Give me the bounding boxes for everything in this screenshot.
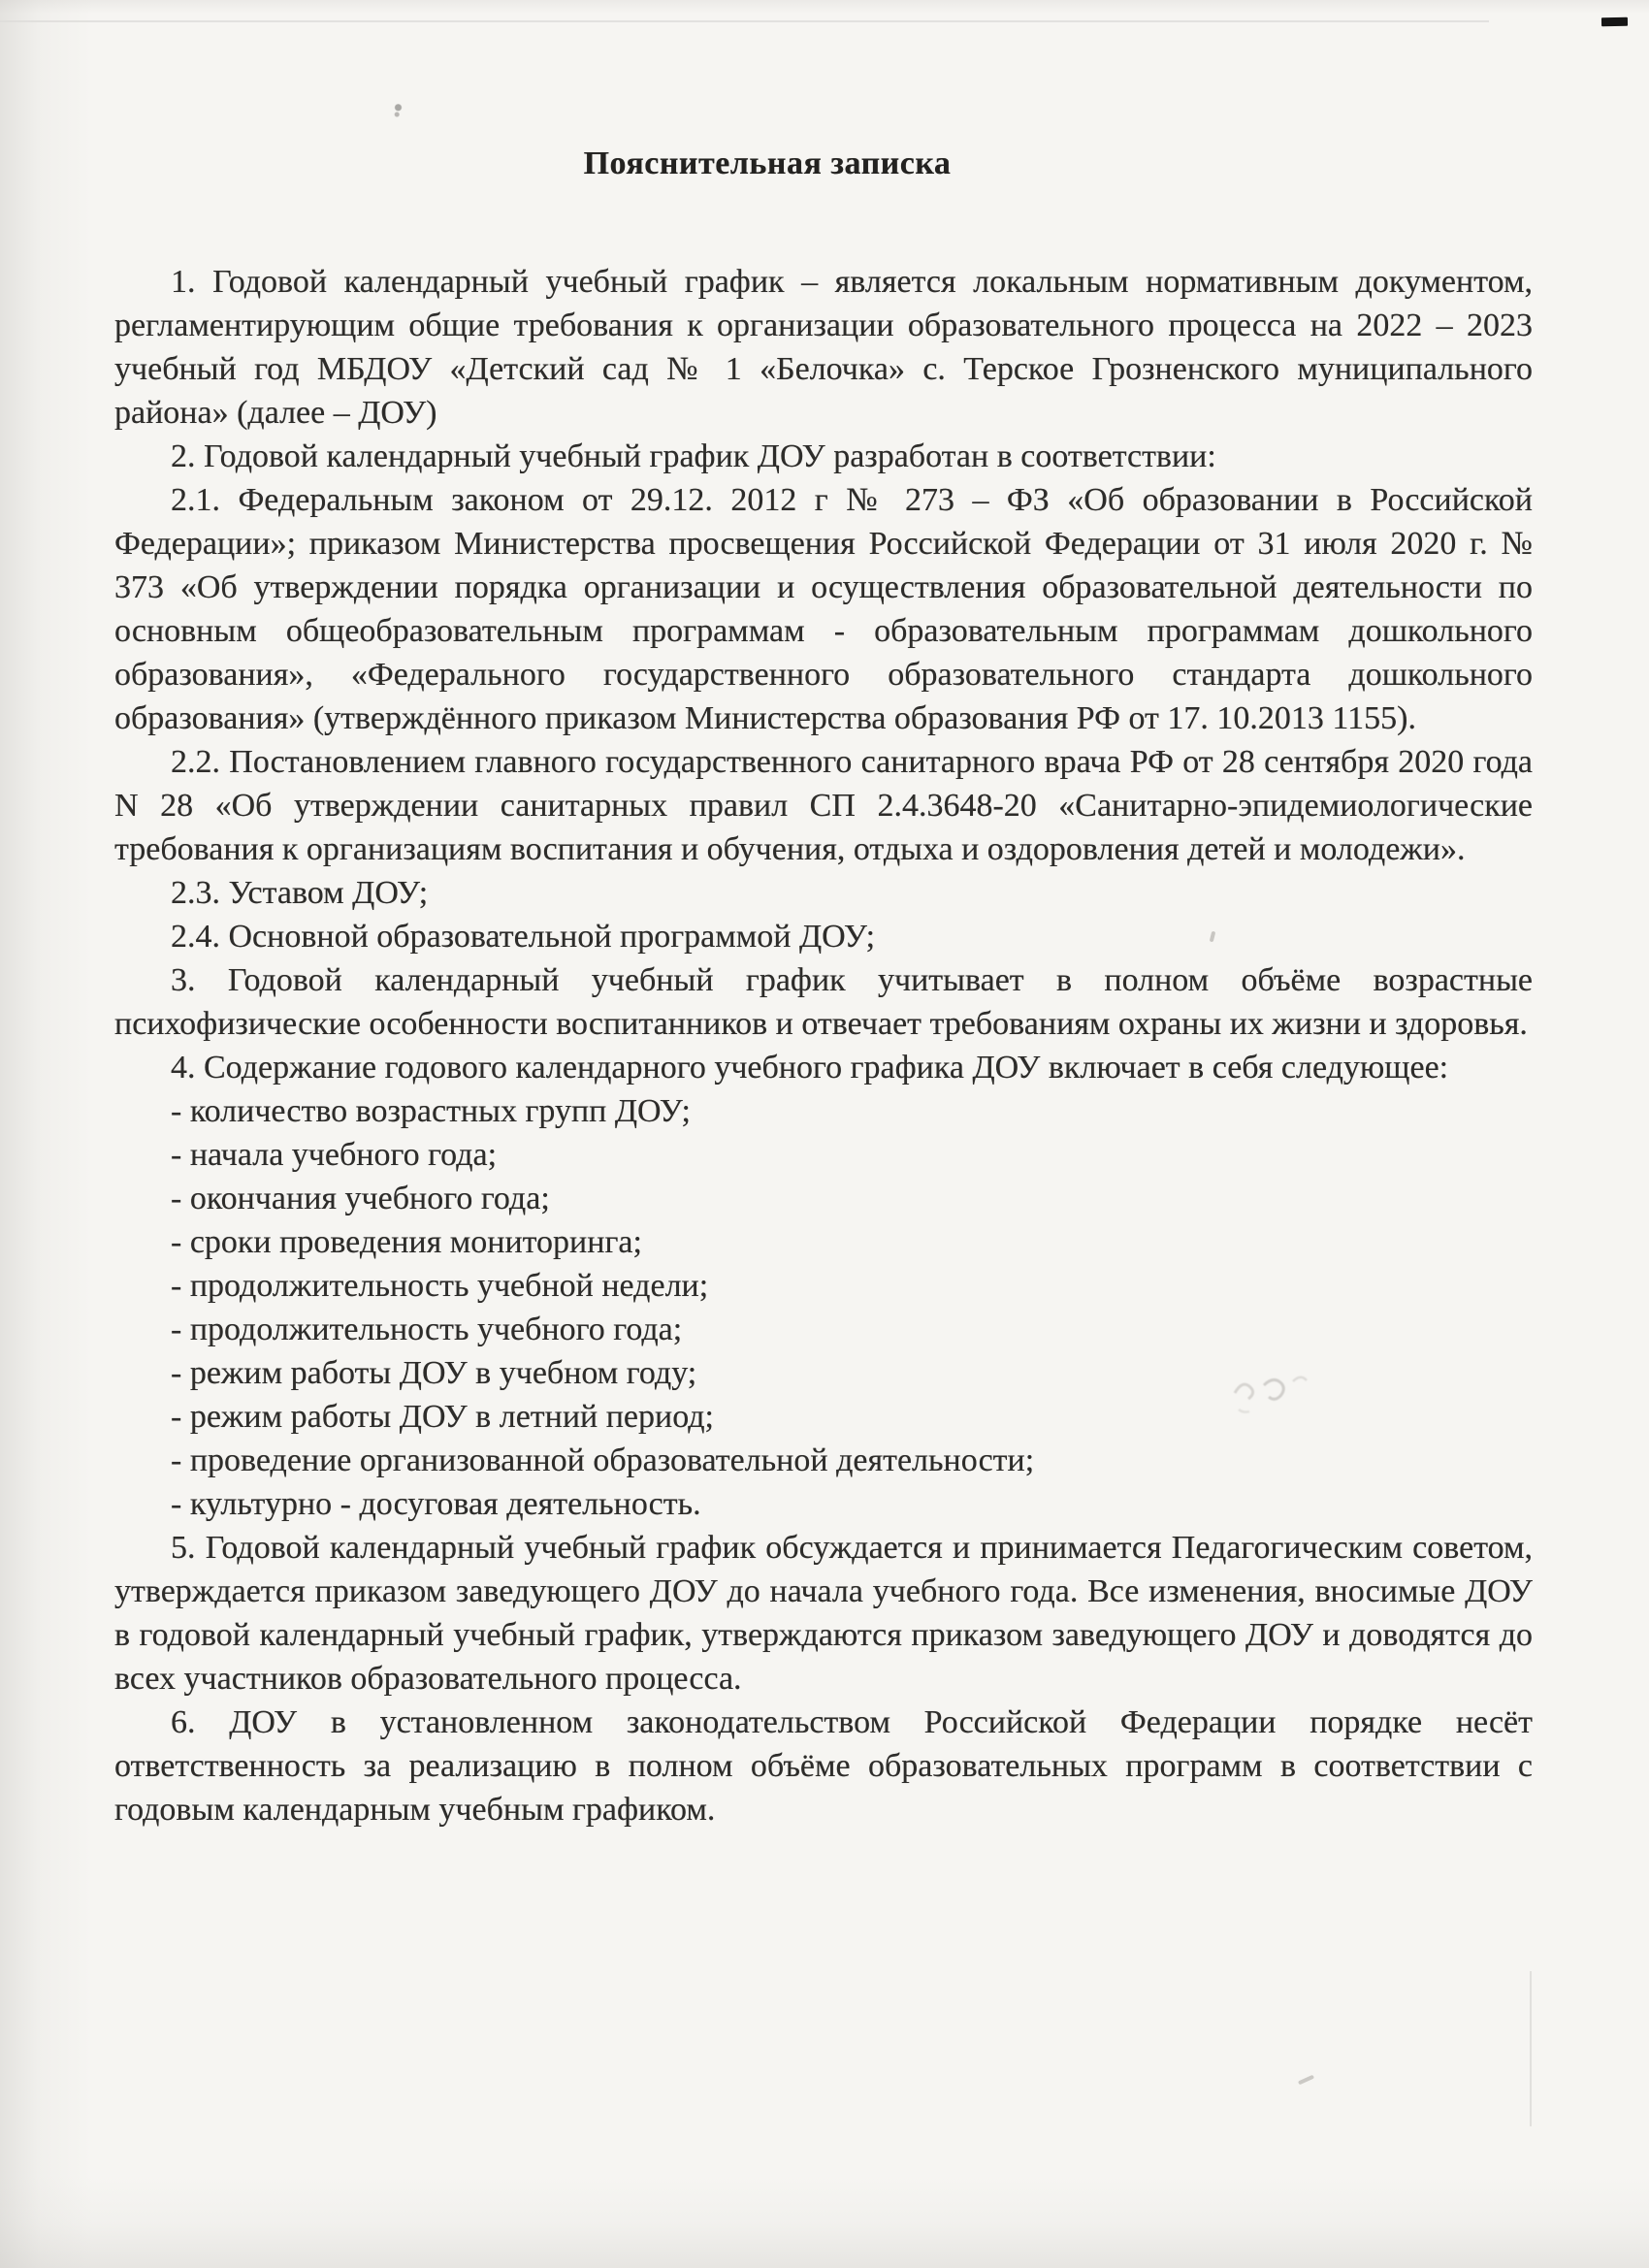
scan-corner-dash-mark	[1601, 17, 1628, 26]
list-item-week-duration: - продолжительность учебной недели;	[114, 1264, 1533, 1308]
list-item-monitoring: - сроки проведения мониторинга;	[114, 1220, 1533, 1264]
scan-edge-line	[1530, 1971, 1532, 2126]
list-item-leisure: - культурно - досуговая деятельность.	[114, 1482, 1533, 1526]
paragraph-5: 5. Годовой календарный учебный график об…	[114, 1526, 1533, 1701]
list-item-groups: - количество возрастных групп ДОУ;	[114, 1089, 1533, 1133]
scanned-page: Пояснительная записка 1. Годовой календа…	[0, 0, 1649, 2268]
scan-speck	[1298, 2075, 1314, 2086]
list-item-year-start: - начала учебного года;	[114, 1133, 1533, 1177]
list-item-year-end: - окончания учебного года;	[114, 1177, 1533, 1220]
list-item-school-year-mode: - режим работы ДОУ в учебном году;	[114, 1351, 1533, 1395]
paragraph-1: 1. Годовой календарный учебный график – …	[114, 260, 1533, 435]
paragraph-4: 4. Содержание годового календарного учеб…	[114, 1046, 1533, 1089]
scan-edge-line	[0, 20, 1489, 22]
paragraph-2-4: 2.4. Основной образовательной программой…	[114, 915, 1533, 958]
list-item-ood: - проведение организованной образователь…	[114, 1439, 1533, 1482]
paragraph-3: 3. Годовой календарный учебный график уч…	[114, 958, 1533, 1046]
paragraph-2: 2. Годовой календарный учебный график ДО…	[114, 435, 1533, 478]
document-title: Пояснительная записка	[58, 142, 1476, 185]
paragraph-6: 6. ДОУ в установленном законодательством…	[114, 1701, 1533, 1831]
document-body: Пояснительная записка 1. Годовой календа…	[114, 142, 1533, 1831]
paragraph-2-1: 2.1. Федеральным законом от 29.12. 2012 …	[114, 478, 1533, 740]
scan-speck	[392, 103, 404, 118]
paragraph-2-2: 2.2. Постановлением главного государстве…	[114, 740, 1533, 871]
list-item-summer-mode: - режим работы ДОУ в летний период;	[114, 1395, 1533, 1439]
list-item-year-duration: - продолжительность учебного года;	[114, 1308, 1533, 1351]
paragraph-2-3: 2.3. Уставом ДОУ;	[114, 871, 1533, 915]
